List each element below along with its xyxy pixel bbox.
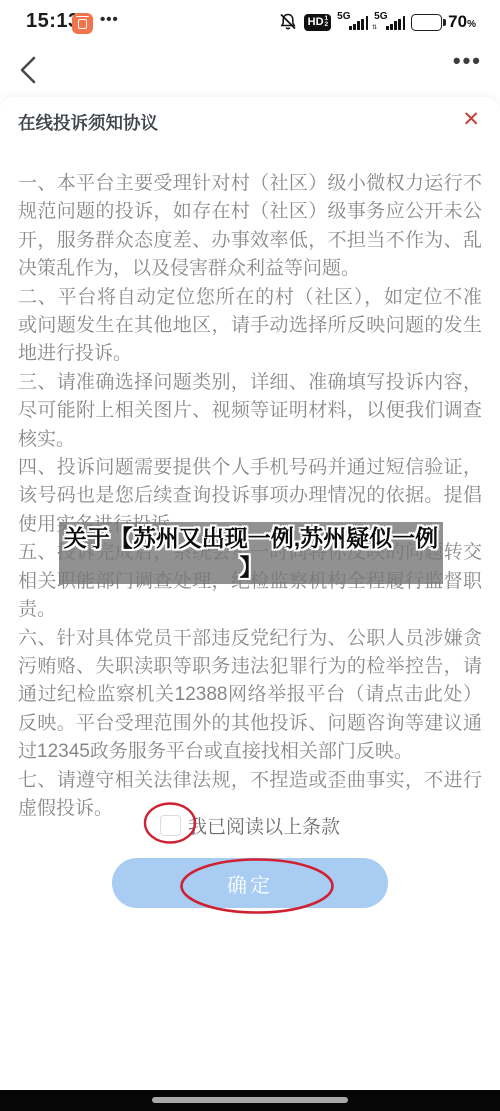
status-bar: 15:13 ••• HD 12 5G 5G ⇅ 70% — [0, 0, 500, 42]
nav-more-button[interactable]: ••• — [453, 48, 482, 74]
close-icon[interactable]: ✕ — [462, 109, 480, 130]
sim2-signal-icon: 5G ⇅ — [374, 12, 405, 32]
system-nav-bar — [0, 1090, 500, 1111]
agree-checkbox-label[interactable]: 我已阅读以上条款 — [188, 812, 340, 839]
agreement-paragraph: 六、针对具体党员干部违反党纪行为、公职人员涉嫌贪污贿赂、失职渎职等职务违法犯罪行… — [18, 625, 482, 767]
sim1-signal-icon: 5G — [337, 12, 368, 32]
screen-record-indicator-icon[interactable] — [72, 13, 93, 34]
modal-title: 在线投诉须知协议 — [18, 113, 158, 133]
status-icons: HD 12 5G 5G ⇅ 70% — [278, 11, 476, 33]
agreement-paragraph: 二、平台将自动定位您所在的村（社区），如定位不准或问题发生在其他地区，请手动选择… — [18, 284, 482, 369]
battery-percent: 70% — [448, 12, 476, 32]
recorder-glyph-icon — [78, 19, 87, 29]
confirm-button[interactable]: 确定 — [112, 858, 388, 908]
agreement-modal: 在线投诉须知协议 ✕ 一、本平台主要受理针对村（社区）级小微权力运行不规范问题的… — [0, 97, 500, 1090]
agree-checkbox[interactable] — [160, 815, 181, 836]
nav-bar: ••• — [0, 42, 500, 97]
mute-bell-icon — [278, 12, 298, 32]
agree-row: 我已阅读以上条款 — [0, 809, 500, 841]
app-screen: 15:13 ••• HD 12 5G 5G ⇅ 70% — [0, 0, 500, 1111]
agreement-text: 一、本平台主要受理针对村（社区）级小微权力运行不规范问题的投诉，如存在村（社区）… — [18, 170, 482, 823]
modal-header: 在线投诉须知协议 ✕ — [0, 97, 500, 135]
battery-icon — [411, 14, 442, 31]
agreement-paragraph: 四、投诉问题需要提供个人手机号码并通过短信验证，该号码也是您后续查询投诉事项办理… — [18, 454, 482, 539]
volte-hd-badge: HD 12 — [304, 14, 332, 31]
status-more-dots-icon: ••• — [100, 11, 119, 28]
data-activity-icon: ⇅ — [372, 24, 376, 31]
back-button[interactable] — [12, 52, 46, 88]
agreement-paragraph: 三、请准确选择问题类别，详细、准确填写投诉内容，尽可能附上相关图片、视频等证明材… — [18, 369, 482, 454]
agreement-paragraph: 一、本平台主要受理针对村（社区）级小微权力运行不规范问题的投诉，如存在村（社区）… — [18, 170, 482, 284]
agreement-paragraph: 五、投诉完成后，系统会第一时间将你反映的问题转交相关职能部门调查处理，纪检监察机… — [18, 539, 482, 624]
home-indicator[interactable] — [152, 1097, 348, 1103]
